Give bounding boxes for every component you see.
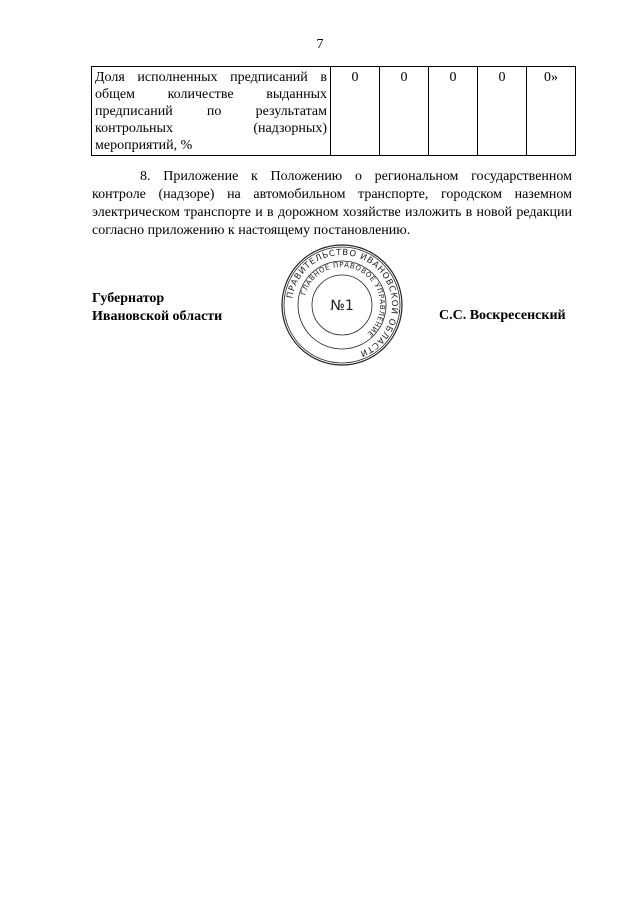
table-cell-value: 0 xyxy=(429,67,478,156)
table-cell-value: 0 xyxy=(331,67,380,156)
stamp-center-text: №1 xyxy=(330,298,353,314)
signature-title: Губернатор Ивановской области xyxy=(92,290,222,326)
indicators-table: Доля исполненных предписаний в общем кол… xyxy=(91,66,576,156)
table-cell-value: 0 xyxy=(478,67,527,156)
signature-title-line1: Губернатор xyxy=(92,290,222,308)
table-cell-label: Доля исполненных предписаний в общем кол… xyxy=(92,67,331,156)
stamp-seal-icon: ПРАВИТЕЛЬСТВО ИВАНОВСКОЙ ОБЛАСТИ ГЛАВНОЕ… xyxy=(280,243,404,367)
paragraph-8: 8. Приложение к Положению о региональном… xyxy=(92,168,572,240)
page-number: 7 xyxy=(0,37,640,53)
table-row: Доля исполненных предписаний в общем кол… xyxy=(92,67,576,156)
signatory-name: С.С. Воскресенский xyxy=(439,308,566,324)
table-cell-value: 0 xyxy=(380,67,429,156)
signature-title-line2: Ивановской области xyxy=(92,308,222,326)
table-cell-value: 0» xyxy=(527,67,576,156)
official-stamp: ПРАВИТЕЛЬСТВО ИВАНОВСКОЙ ОБЛАСТИ ГЛАВНОЕ… xyxy=(280,243,404,372)
